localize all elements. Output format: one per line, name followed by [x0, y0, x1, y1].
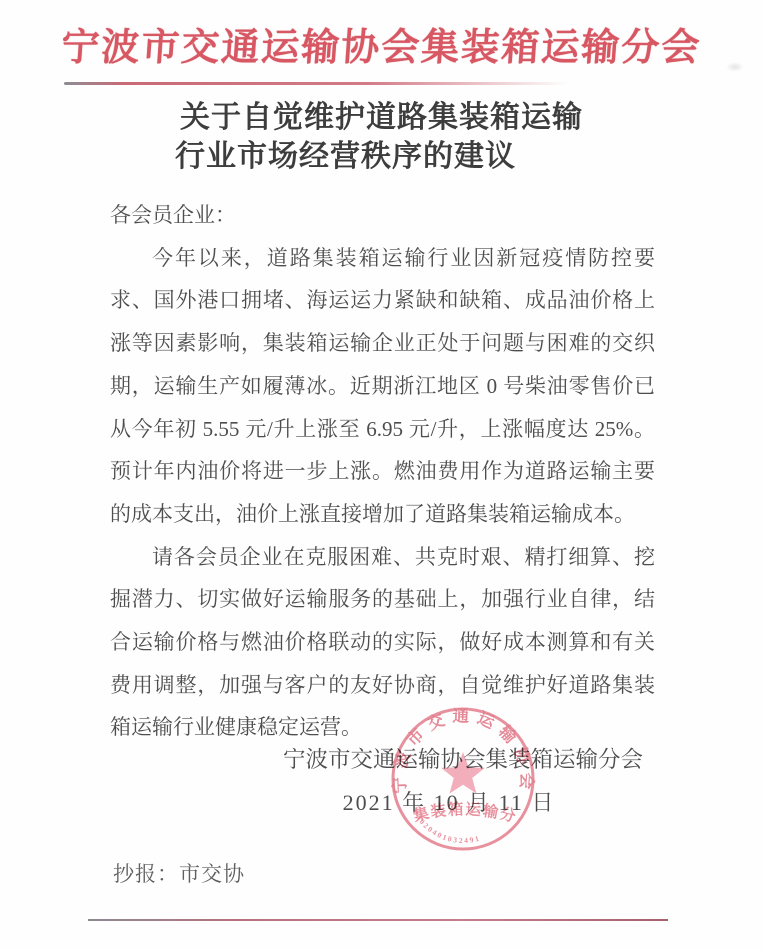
seal-star-icon — [441, 752, 485, 794]
footer-rule — [88, 919, 668, 921]
cc-note: 抄报：市交协 — [113, 858, 245, 888]
body-paragraph-1: 今年以来，道路集装箱运输行业因新冠疫情防控要求、国外港口拥堵、海运运力紧缺和缺箱… — [110, 237, 655, 536]
letterhead-divider-rule — [64, 82, 569, 85]
scan-artifact — [726, 62, 744, 72]
scanned-document-page: 宁波市交通运输协会集装箱运输分会 关于自觉维护道路集装箱运输 行业市场经营秩序的… — [0, 0, 763, 949]
document-title-line-1: 关于自觉维护道路集装箱运输 — [0, 98, 763, 137]
salutation: 各会员企业： — [110, 194, 655, 237]
letterhead-org-name: 宁波市交通运输协会集装箱运输分会 — [0, 16, 763, 71]
document-title-line-2: 行业市场经营秩序的建议 — [0, 137, 727, 176]
official-seal: 宁波市交通运输协会 集装箱运输分会 33020401032491 — [383, 699, 543, 859]
document-body: 各会员企业： 今年以来，道路集装箱运输行业因新冠疫情防控要求、国外港口拥堵、海运… — [110, 194, 655, 749]
document-title: 关于自觉维护道路集装箱运输 行业市场经营秩序的建议 — [0, 98, 763, 176]
